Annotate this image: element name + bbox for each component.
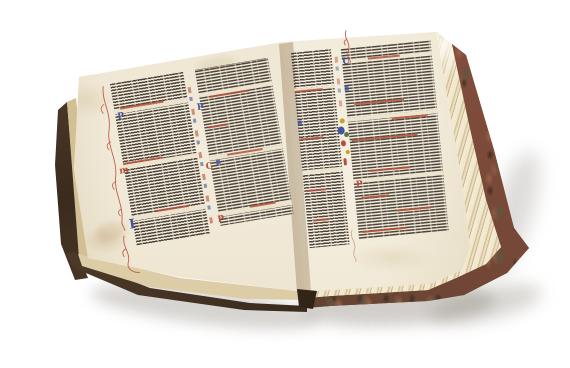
initial-letter: C (205, 162, 214, 172)
initial-letter: P (117, 112, 125, 122)
paragraph-break (209, 145, 283, 161)
blue-paraph-mark (216, 159, 221, 165)
penwork-flourish (342, 228, 365, 264)
paragraph-break (132, 204, 206, 221)
gold-dot (346, 150, 350, 154)
open-manuscript-photo: P m I P C P U P (0, 0, 570, 368)
initial-letter: P (356, 181, 364, 191)
penwork-flourish (338, 28, 358, 65)
gold-dot (340, 118, 345, 123)
red-tail (343, 158, 347, 165)
left-text-block: P m I P C P (110, 58, 295, 246)
blue-paraph-mark (344, 86, 348, 91)
paragraph-break (353, 171, 443, 184)
initial-letter: P (217, 215, 225, 225)
initial-letter: P (196, 103, 204, 113)
green-dot (344, 132, 349, 137)
red-dot (341, 140, 347, 146)
right-text-block: U P (291, 40, 449, 251)
paragraph-break (302, 167, 342, 175)
blue-paraph-mark (298, 120, 302, 125)
paragraph-break (218, 200, 292, 217)
